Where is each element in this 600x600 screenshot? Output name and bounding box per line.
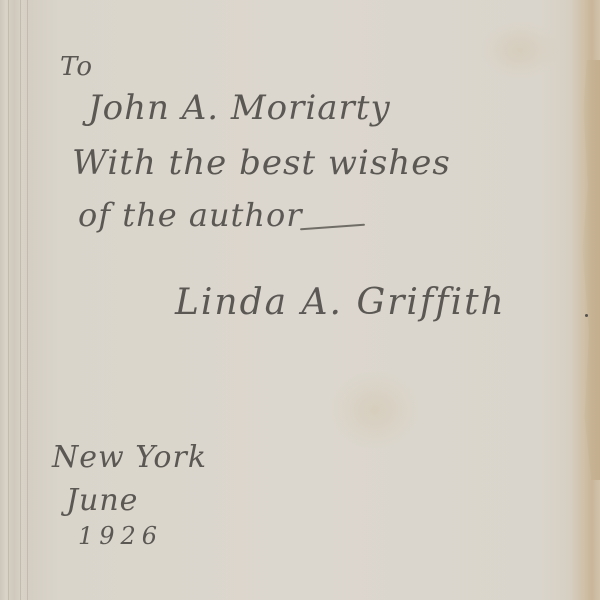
torn-page-edge — [578, 60, 600, 480]
inscription-place: New York — [52, 440, 207, 475]
binding-crease — [8, 0, 9, 600]
author-flourish — [300, 224, 365, 231]
signature-period — [585, 314, 588, 317]
author-signature: Linda A. Griffith — [175, 282, 506, 323]
inscription-wishes: With the best wishes — [72, 143, 451, 183]
foxing-stain — [480, 20, 560, 80]
foxing-stain — [330, 370, 420, 450]
inscription-author-line: of the author — [78, 196, 303, 234]
inscription-month: June — [66, 483, 138, 518]
inscription-year: 1926 — [78, 522, 163, 550]
binding-crease — [20, 0, 21, 600]
inscription-recipient: John A. Moriarty — [88, 88, 391, 128]
inscription-salutation: To — [60, 52, 93, 82]
book-flyleaf-page: To John A. Moriarty With the best wishes… — [0, 0, 600, 600]
binding-crease — [27, 0, 28, 600]
